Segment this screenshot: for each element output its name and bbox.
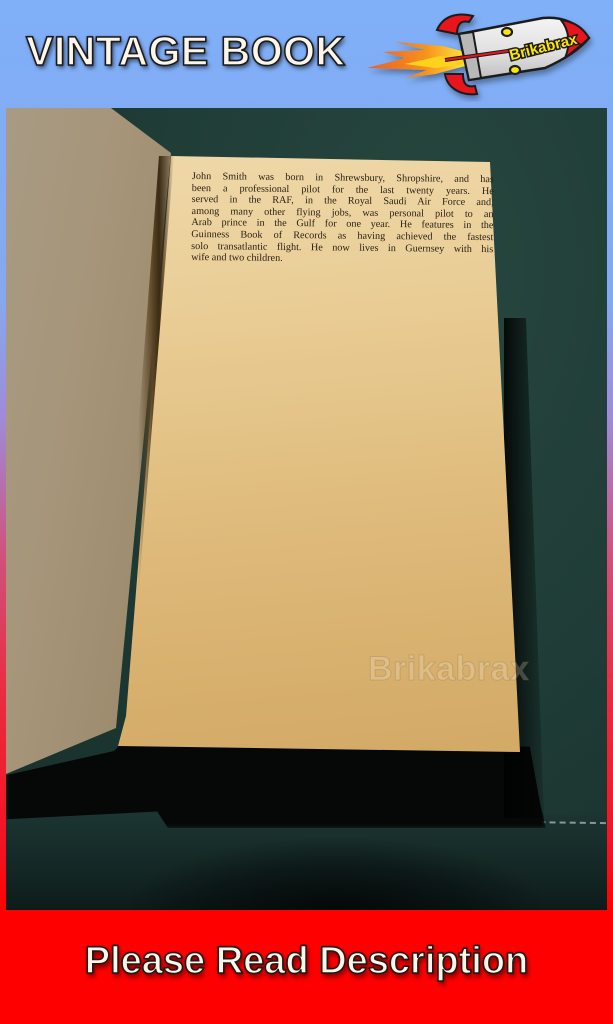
shadow [126, 838, 546, 910]
footer-notice: Please Read Description [0, 940, 613, 983]
header-title: VINTAGE BOOK [26, 28, 346, 75]
header-banner: VINTAGE BOOK [0, 0, 613, 108]
footer-banner: Please Read Description [0, 910, 613, 1024]
author-bio-text: John Smith was born in Shrewsbury, Shrop… [191, 171, 494, 267]
watermark: Brikabrax [368, 650, 529, 689]
rocket-icon: Brikabrax [365, 8, 597, 102]
